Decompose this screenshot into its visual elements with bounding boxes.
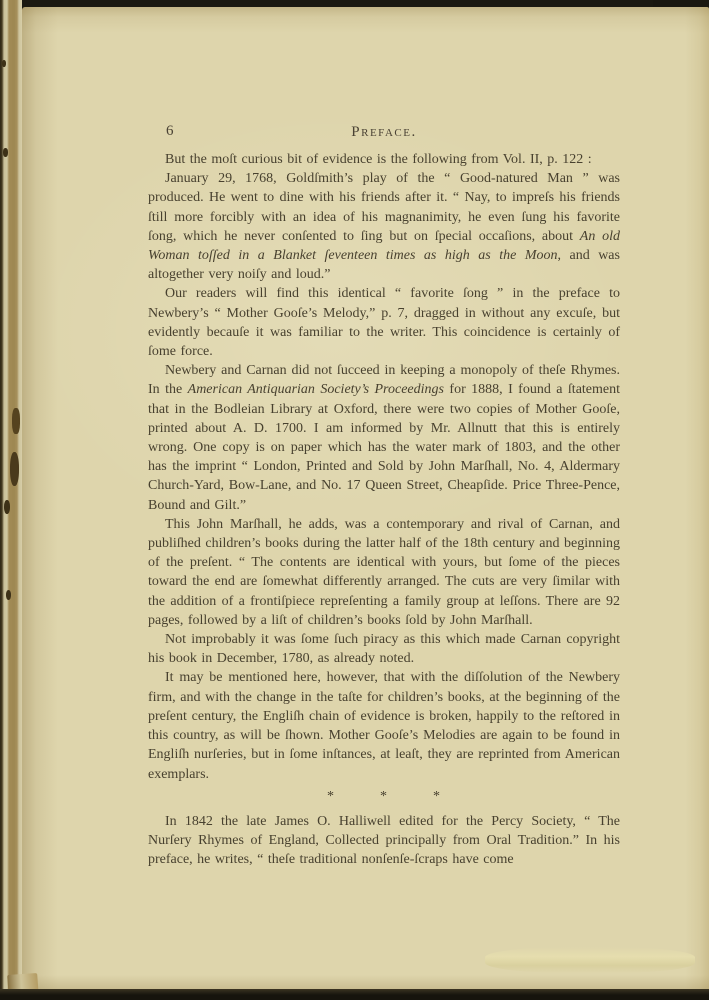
binding-speck <box>12 408 20 434</box>
paragraph: Newbery and Carnan did not ſucceed in ke… <box>148 361 620 515</box>
page-body: But the moſt curious bit of evidence is … <box>148 150 620 870</box>
book-scan: 6 Preface. But the moſt curious bit of e… <box>0 0 709 1000</box>
scan-bottom-edge <box>0 989 709 1000</box>
text-run: This John Marſhall, he adds, was a conte… <box>148 517 620 628</box>
book-page: 6 Preface. But the moſt curious bit of e… <box>22 7 709 989</box>
binding-speck <box>3 148 8 157</box>
page-header: 6 Preface. <box>148 123 620 143</box>
text-run: In 1842 the late James O. Halliwell edit… <box>148 814 620 867</box>
paragraph: Our readers will find this identical “ f… <box>148 284 620 361</box>
text-run: Not improbably it was ſome ſuch piracy a… <box>148 632 620 666</box>
paragraph: It may be mentioned here, however, that … <box>148 668 620 783</box>
section-separator: * * * <box>148 787 620 806</box>
text-run: But the moſt curious bit of evidence is … <box>165 152 592 167</box>
paragraph: Not improbably it was ſome ſuch piracy a… <box>148 630 620 668</box>
binding-speck <box>2 60 6 67</box>
text-run: for 1888, I found a ſtatement that in th… <box>148 382 620 512</box>
running-header: Preface. <box>148 124 620 141</box>
paragraph: In 1842 the late James O. Halliwell edit… <box>148 812 620 870</box>
text-run: It may be mentioned here, however, that … <box>148 670 620 781</box>
binding-speck <box>4 500 10 514</box>
italic-text: American Antiquarian Society’s Proceedin… <box>188 382 444 397</box>
text-run: January 29, 1768, Goldſmith’s play of th… <box>148 171 620 244</box>
text-run: Our readers will find this identical “ f… <box>148 286 620 359</box>
page-edge-highlight <box>485 947 695 973</box>
book-binding-edge <box>0 0 22 1000</box>
binding-speck <box>10 452 19 486</box>
binding-speck <box>6 590 11 600</box>
paragraph: But the moſt curious bit of evidence is … <box>148 150 620 169</box>
paragraph: This John Marſhall, he adds, was a conte… <box>148 515 620 630</box>
paragraph: January 29, 1768, Goldſmith’s play of th… <box>148 169 620 284</box>
